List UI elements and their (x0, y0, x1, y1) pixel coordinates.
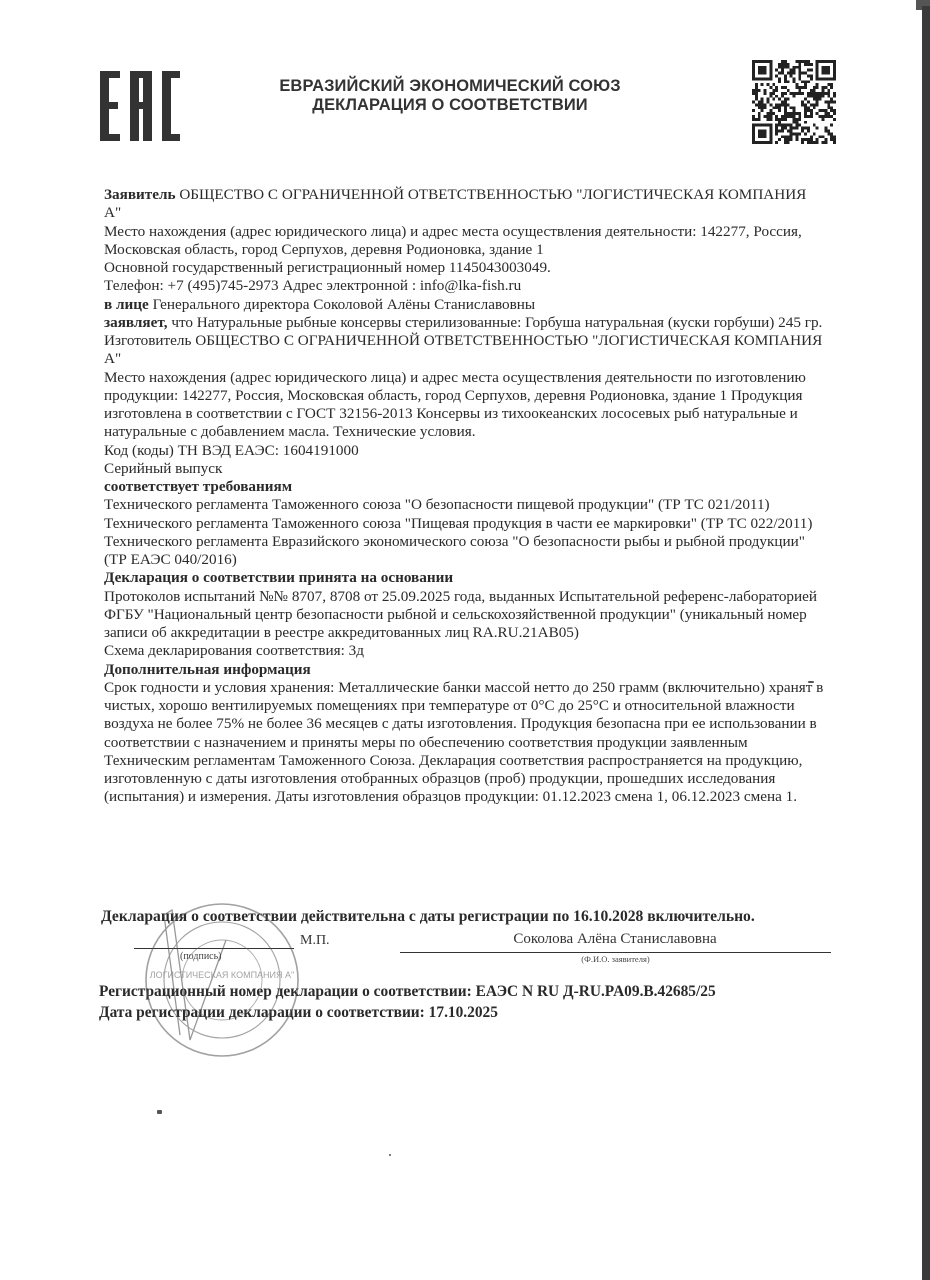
applicant-address: Место нахождения (адрес юридического лиц… (104, 223, 824, 260)
scan-speck (157, 1110, 162, 1114)
manufacturer-line: Изготовитель ОБЩЕСТВО С ОГРАНИЧЕННОЙ ОТВ… (104, 332, 824, 369)
requirement-item: Технического регламента Таможенного союз… (104, 496, 824, 514)
release-type: Серийный выпуск (104, 460, 824, 478)
tn-ved-code: Код (коды) ТН ВЭД ЕАЭС: 1604191000 (104, 442, 824, 460)
signer-caption: (Ф.И.О. заявителя) (400, 954, 831, 964)
basis-heading: Декларация о соответствии принята на осн… (104, 569, 824, 587)
signer-name: Соколова Алёна Станиславовна (400, 931, 830, 948)
additional-heading: Дополнительная информация (104, 661, 824, 679)
manufacturer-name: ОБЩЕСТВО С ОГРАНИЧЕННОЙ ОТВЕТСТВЕННОСТЬЮ… (104, 332, 822, 367)
registration-number: Регистрационный номер декларации о соотв… (99, 983, 716, 1001)
signer-line (400, 952, 831, 953)
document-title: ЕВРАЗИЙСКИЙ ЭКОНОМИЧЕСКИЙ СОЮЗ ДЕКЛАРАЦИ… (240, 77, 660, 115)
basis-text: Протоколов испытаний №№ 8707, 8708 от 25… (104, 588, 824, 643)
validity-statement: Декларация о соответствии действительна … (101, 908, 841, 926)
applicant-line: Заявитель ОБЩЕСТВО С ОГРАНИЧЕННОЙ ОТВЕТС… (104, 186, 824, 223)
manufacturer-address: Место нахождения (адрес юридического лиц… (104, 369, 824, 442)
applicant-contacts: Телефон: +7 (495)745-2973 Адрес электрон… (104, 277, 824, 295)
additional-text: Срок годности и условия хранения: Металл… (104, 679, 824, 807)
registration-date: Дата регистрации декларации о соответств… (99, 1004, 498, 1022)
title-union: ЕВРАЗИЙСКИЙ ЭКОНОМИЧЕСКИЙ СОЮЗ (240, 77, 660, 96)
scheme-text: Схема декларирования соответствия: 3д (104, 642, 824, 660)
title-declaration: ДЕКЛАРАЦИЯ О СООТВЕТСТВИИ (240, 96, 660, 115)
stamp-place-label: М.П. (300, 933, 330, 949)
scan-edge (922, 6, 930, 1280)
declares-line: заявляет, что Натуральные рыбные консерв… (104, 314, 824, 332)
scan-speck (389, 1154, 391, 1156)
signature-line (134, 948, 294, 949)
represented-line: в лице Генерального директора Соколовой … (104, 296, 824, 314)
requirement-item: Технического регламента Евразийского эко… (104, 533, 824, 570)
requirements-heading: соответствует требованиям (104, 478, 824, 496)
stamp-center-text: ЛОГИСТИЧЕСКАЯ КОМПАНИЯ А" (150, 970, 294, 980)
eac-logo-icon (100, 71, 180, 141)
declaration-body: Заявитель ОБЩЕСТВО С ОГРАНИЧЕННОЙ ОТВЕТС… (104, 186, 824, 807)
applicant-name: ОБЩЕСТВО С ОГРАНИЧЕННОЙ ОТВЕТСТВЕННОСТЬЮ… (104, 186, 806, 221)
scan-speck (808, 681, 814, 683)
qr-code-icon (751, 60, 837, 144)
requirement-item: Технического регламента Таможенного союз… (104, 515, 824, 533)
signature-caption: (подпись) (180, 951, 222, 962)
applicant-ogrn: Основной государственный регистрационный… (104, 259, 824, 277)
